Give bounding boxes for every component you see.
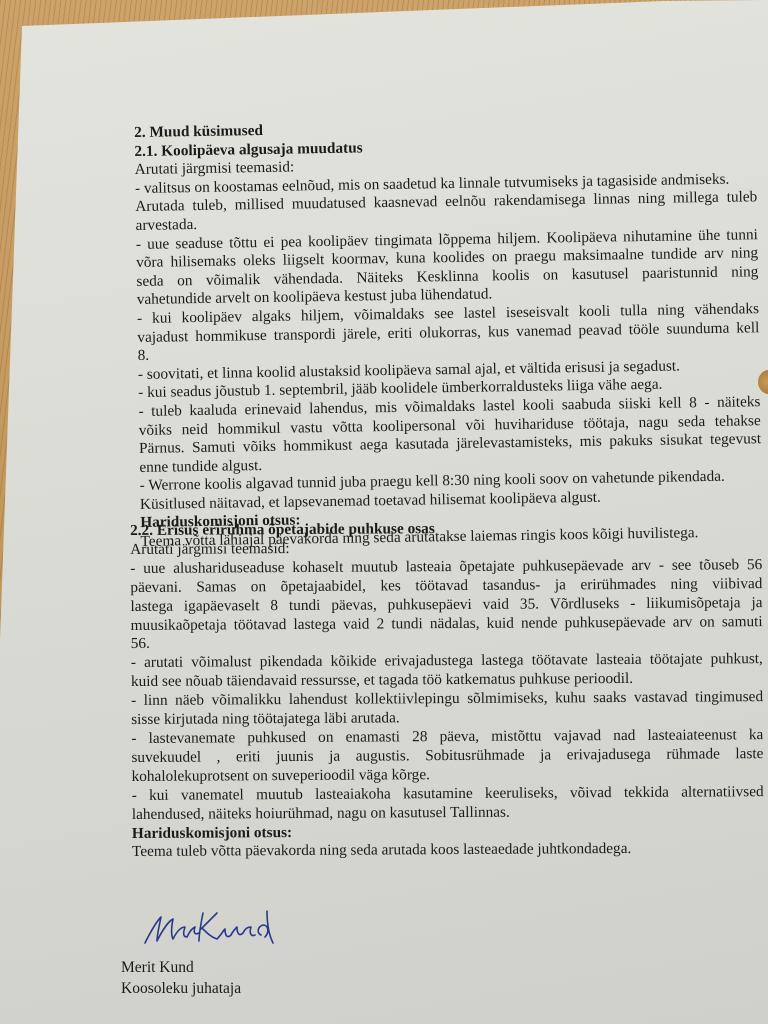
discussion-lines: - valitsus on koostamas eelnõud, mis on …: [135, 170, 768, 515]
decision-text: Teema tuleb võtta päevakorda ning seda a…: [132, 839, 768, 862]
handwritten-signature: [141, 905, 301, 951]
section-2-1: 2. Muud küsimused 2.1. Koolipäeva algusa…: [134, 114, 768, 551]
section-2-2: 2.2. Erisus erirühma õpetajabide puhkuse…: [130, 518, 768, 862]
discussion-lines: - uue alushariduseaduse kohaselt muutub …: [130, 556, 768, 825]
text-line: - kui vanematel muutub lasteaiakoha kasu…: [132, 783, 764, 806]
text-line: suvekuudel , eriti juunis ja augustis. S…: [131, 745, 763, 768]
signer-role: Koosoleku juhataja: [121, 978, 301, 999]
text-line: - linn näeb võimalikku lahendust kollekt…: [131, 688, 763, 711]
signer-name: Merit Kund: [121, 957, 301, 978]
signature-block: Merit Kund Koosoleku juhataja: [121, 905, 301, 999]
